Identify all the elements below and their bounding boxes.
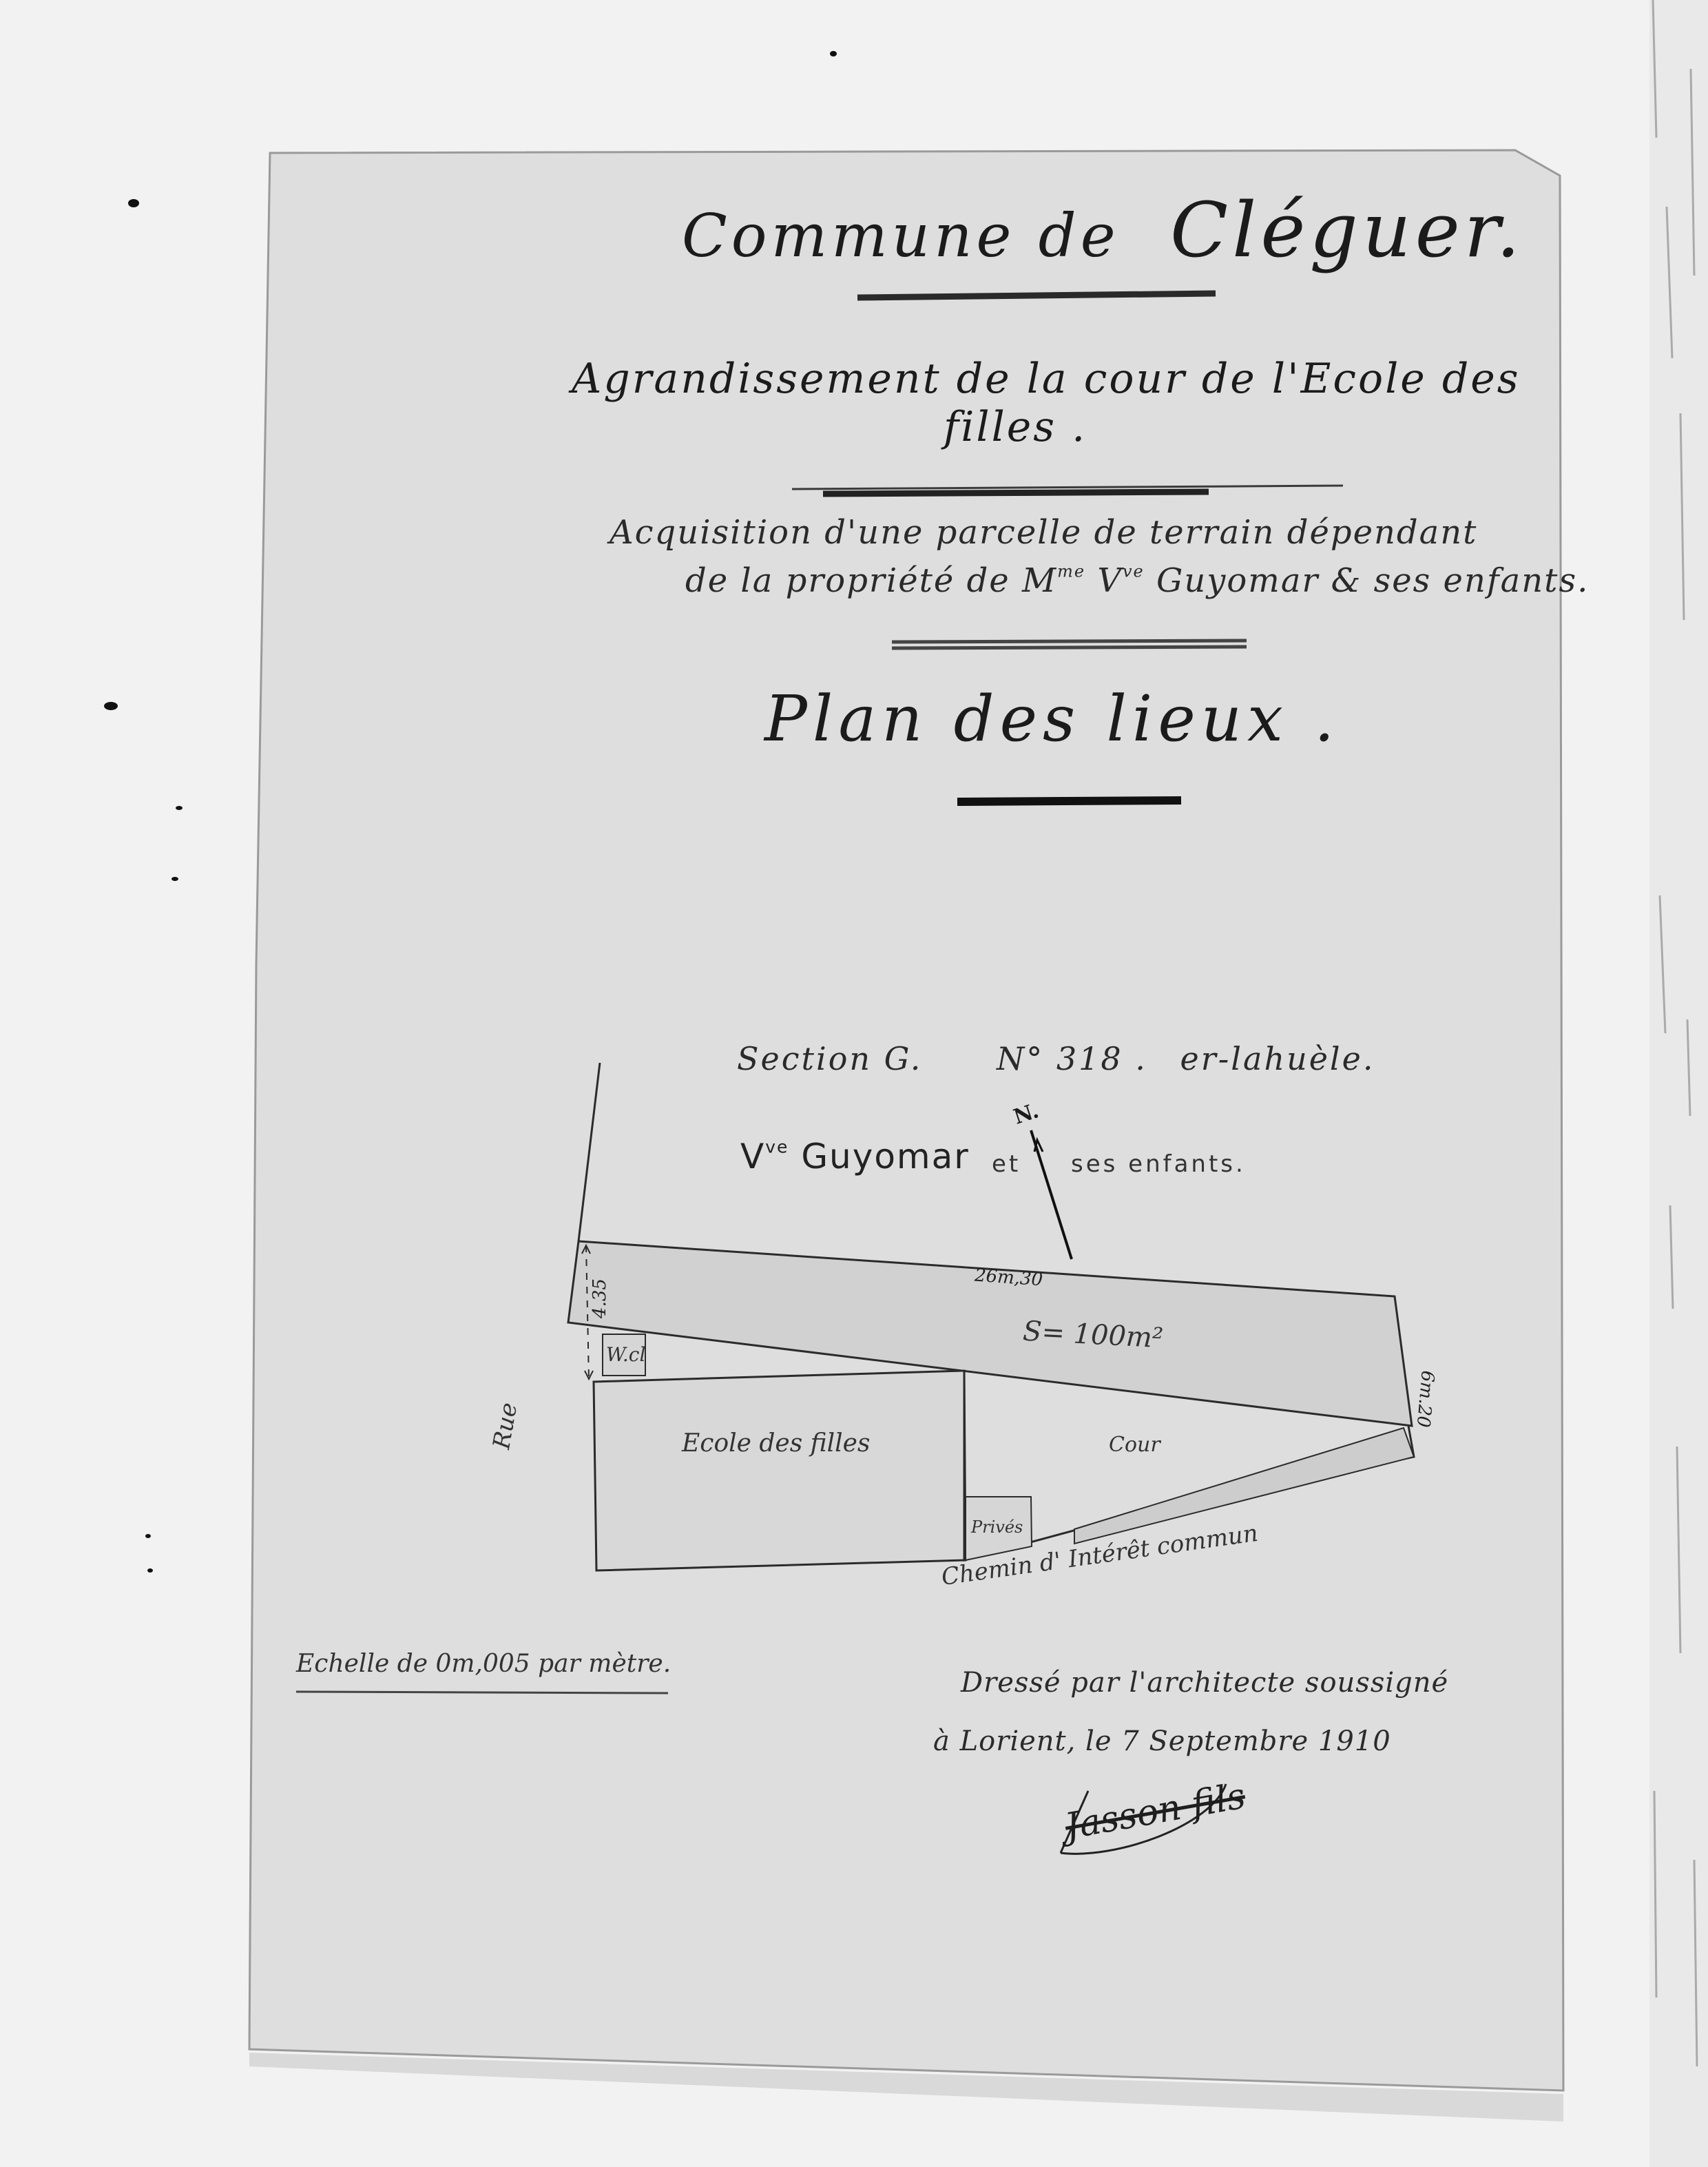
project-title-line2: filles .: [944, 403, 1087, 451]
owner-v: V: [740, 1137, 765, 1176]
owner-et: et: [992, 1150, 1021, 1178]
photograph-background: [0, 0, 1708, 2167]
paper-sheet: [249, 150, 1563, 2091]
courtyard-label: Cour: [1109, 1433, 1160, 1457]
section-line: Section G. N° 318 . er-lahuèle.: [737, 1040, 1375, 1077]
owner-line: Vve Guyomar: [740, 1137, 970, 1176]
commune-heading: Commune de Cléguer.: [682, 186, 1524, 274]
dimension-left: 4.35: [590, 1278, 610, 1318]
acquisition-text-c: Guyomar & ses enfants.: [1145, 561, 1590, 600]
plan-title: Plan des lieux .: [764, 682, 1340, 756]
acquisition-text-a: de la propriété de M: [685, 561, 1057, 600]
owner-rest: ses enfants.: [1071, 1150, 1246, 1178]
parcel-number: N° 318 .: [997, 1040, 1147, 1077]
owner-name: Guyomar: [801, 1137, 970, 1176]
privies-label: Privés: [971, 1517, 1023, 1537]
acquisition-line1: Acquisition d'une parcelle de terrain dé…: [610, 513, 1477, 552]
commune-prefix: Commune de: [682, 202, 1120, 271]
acquisition-sup-me: me: [1057, 561, 1085, 581]
section-label: Section G.: [737, 1040, 922, 1077]
drawn-by-line1: Dressé par l'architecte soussigné: [961, 1667, 1448, 1699]
school-building: [594, 1371, 966, 1570]
acquisition-text-b: V: [1085, 561, 1123, 600]
wc-label: W.cl: [606, 1343, 645, 1366]
project-title-line1: Agrandissement de la cour de l'Ecole des: [572, 355, 1521, 403]
drawn-by-line2: à Lorient, le 7 Septembre 1910: [933, 1725, 1391, 1757]
acquisition-sup-ve: ve: [1123, 561, 1145, 581]
scan-edge-strip: [1649, 0, 1708, 2167]
acquisition-line2: de la propriété de Mme Vve Guyomar & ses…: [685, 561, 1589, 600]
owner-v-sup: ve: [765, 1137, 789, 1157]
scale-note: Echelle de 0m,005 par mètre.: [296, 1650, 671, 1678]
commune-name: Cléguer.: [1170, 186, 1524, 274]
school-label: Ecole des filles: [682, 1429, 870, 1458]
place-name: er-lahuèle.: [1180, 1040, 1375, 1077]
